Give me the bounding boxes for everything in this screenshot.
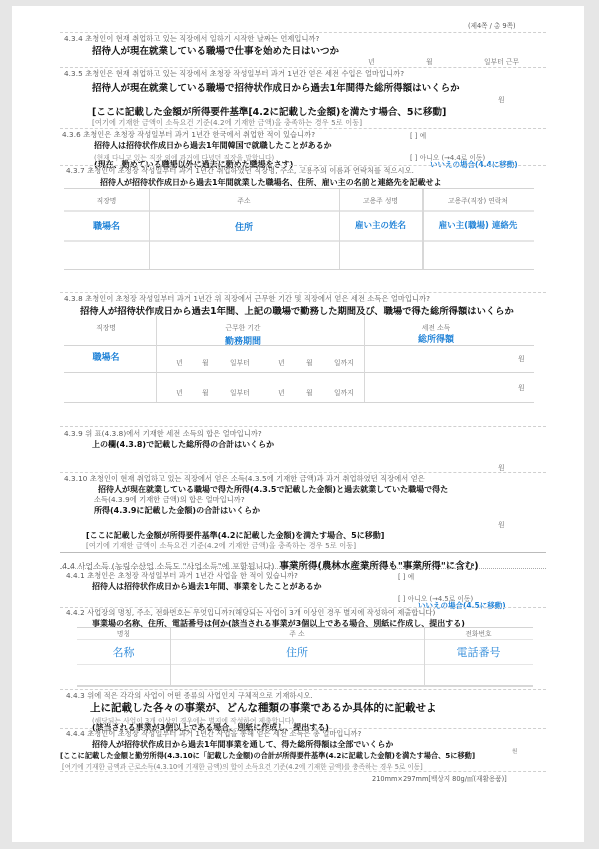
period-month-to: 월 [306,387,313,397]
table-border [424,627,425,685]
table-border [364,316,365,402]
table-border [77,685,533,687]
q441-jp: 招待人は招待状作成日から過去1年間、事業をしたことがあるか [92,581,322,592]
q436-jp: 招待人は招待状作成日から過去1年間韓国で就職したことがあるか [94,140,332,151]
table-border [64,188,534,189]
col-header-employer-contact: 고용주(직장) 연락처 [422,195,534,205]
q434-jp: 招待人が現在就業している職場で仕事を始めた日はいつか [92,43,339,57]
q442-kr: 사업장의 명칭, 주소, 전화번호는 무엇입니까?(해당되는 사업이 3개 이상… [87,608,435,617]
q439-number: 4.3.9 [64,429,83,438]
q435-jp: 招待人が現在就業している職場で招待状作成日から過去1年間得た総所得額はいくらか [92,80,460,94]
q442-label: 4.4.2 사업장의 명칭, 주소, 전화번호는 무엇입니까?(해당되는 사업이… [66,608,435,618]
table-border [149,189,150,269]
table-border [77,664,533,665]
q439-kr: 위 표(4.3.8)에서 기재한 세전 소득의 합은 얼마입니까? [85,429,262,438]
divider [60,568,546,569]
section-44-title-jp: 事業所得(農林水産業所得も"事業所得"に含む) [280,561,479,572]
q444-won: 원 [512,747,517,755]
table-border [64,210,534,212]
q444-number: 4.4.4 [66,729,85,738]
q442-number: 4.4.2 [66,608,85,617]
q444-kr: 초청인이 초청장 작성일부터 과거 1년간 사업을 통해 얻은 세전 소득은 총… [87,729,361,738]
q444-jp: 招待人が招待状作成日から過去1年間事業を通して、得た総所得額は全部でいくらか [92,739,393,750]
period-year-to: 년 [278,357,285,367]
col-header-name: 명칭 [77,628,170,638]
q435-label: 4.3.5 초청인은 현재 취업하고 있는 직장에서 초청장 작성일부터 과거 … [64,69,404,79]
period-year-to: 년 [278,387,285,397]
q4310-won: 원 [498,519,505,529]
col-header-workplace: 직장명 [64,195,149,205]
q435-note-kr: [여기에 기재한 금액이 소득요건 기준(4.2에 기재한 금액)을 충족하는 … [92,118,362,128]
q441-label: 4.4.1 초청인은 초청장 작성일부터 과거 1년간 사업을 한 적이 있습니… [66,571,298,581]
divider [60,426,546,427]
q437-kr: 초청인이 초청장 작성일부터 과거 1년간 취업하였던 직장명, 주소, 고용주… [87,166,414,175]
table-border [64,402,534,403]
divider [60,689,546,690]
period-day-to: 일까지 [334,357,354,367]
q444-label: 4.4.4 초청인이 초청장 작성일부터 과거 1년간 사업을 통해 얻은 세전… [66,729,361,739]
q434-year-label: 년 [368,56,375,66]
q437-number: 4.3.7 [66,166,85,175]
jp-label-name: 名称 [77,644,170,660]
table-border [77,639,533,640]
period-month-from: 월 [202,357,209,367]
period-year-from: 년 [176,357,183,367]
q441-kr: 초청인은 초청장 작성일부터 과거 1년간 사업을 한 적이 있습니까? [87,571,298,580]
period-month-to: 월 [306,357,313,367]
table-border [64,372,534,373]
q436-kr: 초청인은 초청장 작성일부터 과거 1년간 한국에서 취업한 적이 있습니까? [83,130,315,139]
income-won: 원 [518,353,525,363]
q4310-number: 4.3.10 [64,474,87,483]
jp-label-income: 総所得額 [338,332,534,345]
divider [60,128,546,129]
q439-label: 4.3.9 위 표(4.3.8)에서 기재한 세전 소득의 합은 얼마입니까? [64,429,262,439]
q444-note-jp: [ここに記載した金額と勤労所得(4.3.10に「記載した金額)の合計が所得要件基… [60,751,475,761]
jp-label-workplace: 職場名 [64,219,149,232]
table-border [64,240,534,242]
table-border [339,189,340,269]
paper-spec-footer: 210mm×297mm[백상지 80g/㎡(재활용품)] [372,773,507,783]
col-header-address: 주 소 [170,628,424,638]
q443-number: 4.4.3 [66,691,85,700]
section-44-title-kr: 4.4 사업소득 (농림수산업 소득도 "사업소득"에 포함됩니다) [62,562,274,571]
q4310-jp: 招待人が現在就業している職場で得た所得(4.3.5で記載した金額)と過去就業して… [98,484,448,495]
q4310-note-kr: [여기에 기재한 금액이 소득요건 기준(4.2에 기재한 금액)을 충족하는 … [86,541,356,551]
table-border [64,269,534,270]
q435-number: 4.3.5 [64,69,83,78]
q441-option-yes[interactable]: [ ] 예 [398,571,414,581]
q4310-kr: 초청인이 현재 취업하고 있는 직장에서 얻은 소득(4.3.5에 기재한 금액… [90,474,425,483]
jp-label-employer-contact: 雇い主(職場) 連絡先 [422,219,534,231]
divider [60,552,546,553]
q436-number: 4.3.6 [62,130,81,139]
q4310-label: 4.3.10 초청인이 현재 취업하고 있는 직장에서 얻은 소득(4.3.5에… [64,474,425,484]
table-border [423,189,424,269]
q438-kr: 초청인이 초청장 작성일부터 과거 1년간 위 직장에서 근무한 기간 및 직장… [85,294,430,303]
period-day-from: 일부터 [230,357,250,367]
jp-label-employer-name: 雇い主の姓名 [339,219,422,231]
period-day-from: 일부터 [230,387,250,397]
col-header-employer-name: 고용주 성명 [339,195,422,205]
q443-jp: 上に記載した各々の事業が、どんな種類の事業であるか具体的に記載せよ [90,700,437,715]
period-month-from: 월 [202,387,209,397]
divider [60,67,546,68]
q4310-note-jp: [ここに記載した金額が所得要件基準(4.2に記載した金額)を満たす場合、5に移動… [86,530,384,541]
col-header-period: 근무한 기간 [148,322,338,332]
q435-won: 원 [498,94,505,104]
table-border [156,316,157,402]
divider [60,771,546,772]
jp-label-period: 勤務期間 [148,334,338,347]
period-day-to: 일까지 [334,387,354,397]
q434-day-label: 일부터 근무 [484,56,519,66]
q437-jp: 招待人が招待状作成日から過去1年間就業した職場名、住所、雇い主の名前と連絡先を記… [100,177,442,188]
q436-label: 4.3.6 초청인은 초청장 작성일부터 과거 1년간 한국에서 취업한 적이 … [62,130,315,140]
q435-kr: 초청인은 현재 취업하고 있는 직장에서 초청장 작성일부터 과거 1년간 얻은… [85,69,404,78]
jp-label-phone: 電話番号 [424,644,533,660]
jp-label-workplace: 職場名 [64,350,148,363]
q438-jp: 招待人が招待状作成日から過去1年間、上記の職場で勤務した期間及び、職場で得た総所… [80,303,514,317]
col-header-income: 세전 소득 [338,322,534,332]
q439-jp: 上の欄(4.3.8)で記載した総所得の合計はいくらか [92,439,274,450]
col-header-workplace: 직장명 [64,322,148,332]
col-header-phone: 전화번호 [424,628,533,638]
q434-month-label: 월 [426,56,433,66]
q4310-kr2: 소득(4.3.9에 기재한 금액)의 합은 얼마입니까? [94,495,245,505]
page-indicator: (제4쪽 / 총 9쪽) [468,20,516,30]
q437-label: 4.3.7 초청인이 초청장 작성일부터 과거 1년간 취업하였던 직장명, 주… [66,166,414,176]
divider [60,292,546,293]
q444-note-kr: [여기에 기재한 금액과 근로소득(4.3.10에 기재한 금액)의 합이 소득… [62,761,423,771]
q441-number: 4.4.1 [66,571,85,580]
table-border [170,627,171,685]
q4310-jp2: 所得(4.3.9に記載した金額)の合計はいくらか [94,505,260,516]
scrollbar[interactable] [587,0,599,849]
jp-label-address: 住所 [170,644,424,660]
income-won: 원 [518,382,525,392]
divider [60,472,546,473]
period-year-from: 년 [176,387,183,397]
divider [60,32,546,33]
q439-won: 원 [498,462,505,472]
q434-kr: 초청인이 현재 취업하고 있는 직장에서 일하기 시작한 날짜는 언제입니까? [85,34,319,43]
jp-label-address: 住所 [149,220,339,233]
q435-note-jp: [ここに記載した金額が所得要件基準[4.2に記載した金額)を満たす場合、5に移動… [92,104,446,118]
col-header-address: 주소 [149,195,339,205]
q436-option-yes[interactable]: [ ] 예 [410,130,426,140]
document-page: (제4쪽 / 총 9쪽) 4.3.4 초청인이 현재 취업하고 있는 직장에서 … [12,6,584,842]
q443-kr: 위에 적은 각각의 사업이 어떤 종류의 사업인지 구체적으로 기재하시오. [87,691,313,700]
q438-number: 4.3.8 [64,294,83,303]
q434-number: 4.3.4 [64,34,83,43]
